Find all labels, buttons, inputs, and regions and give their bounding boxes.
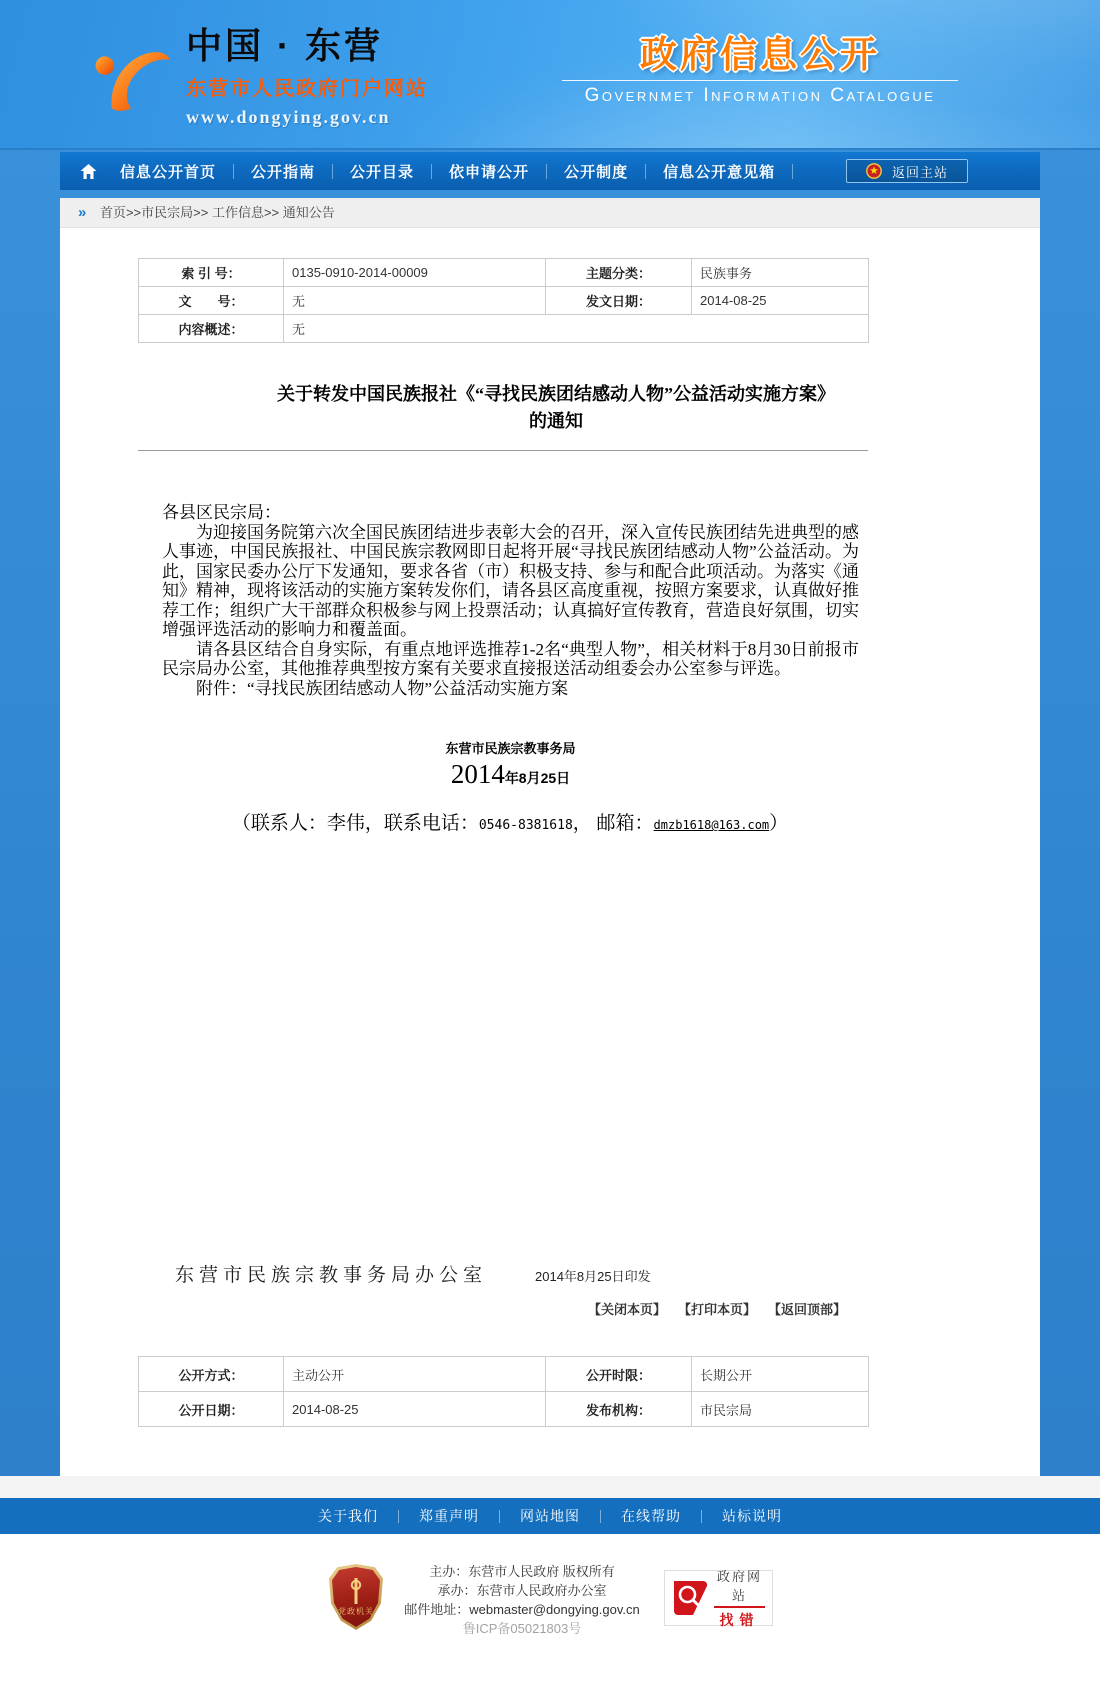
party-gov-badge-inner: 党政机关 <box>332 1567 380 1627</box>
table-row: 索 引 号： 0135-0910-2014-00009 主题分类： 民族事务 <box>139 259 869 287</box>
pub-method-value: 主动公开 <box>284 1357 546 1392</box>
footer-nav: 关于我们 郑重声明 网站地图 在线帮助 站标说明 <box>0 1498 1100 1534</box>
pub-org-label: 发布机构： <box>546 1392 692 1427</box>
table-row: 内容概述： 无 <box>139 315 869 343</box>
signature-organization: 东营市民族宗教事务局 <box>162 738 859 757</box>
back-to-top-button[interactable]: 【返回顶部】 <box>768 1299 846 1318</box>
site-banner: 中国 · 东营 东营市人民政府门户网站 www.dongying.gov.cn … <box>0 0 1100 150</box>
footer-link-logo-info[interactable]: 站标说明 <box>702 1506 802 1526</box>
home-icon <box>80 164 97 179</box>
title-divider <box>138 450 868 451</box>
footer-link-sitemap[interactable]: 网站地图 <box>500 1506 600 1526</box>
footer-region: 关于我们 郑重声明 网站地图 在线帮助 站标说明 党政机关 主办： <box>0 1476 1100 1707</box>
footer-link-help[interactable]: 在线帮助 <box>601 1506 701 1526</box>
meta-topic-value: 民族事务 <box>692 259 869 287</box>
party-gov-badge[interactable]: 党政机关 <box>329 1564 383 1630</box>
page-actions: 【关闭本页】 【打印本页】 【返回顶部】 <box>588 1299 846 1318</box>
meta-summary-value: 无 <box>284 315 869 343</box>
breadcrumb: » 首页>>市民宗局>> 工作信息>> 通知公告 <box>60 198 1040 228</box>
document-meta-table: 索 引 号： 0135-0910-2014-00009 主题分类： 民族事务 文… <box>138 258 869 343</box>
site-subtitle: 东营市人民政府门户网站 <box>186 72 428 101</box>
meta-index-label: 索 引 号： <box>139 259 284 287</box>
return-main-site-button[interactable]: 返回主站 <box>846 159 968 183</box>
content-area: » 首页>>市民宗局>> 工作信息>> 通知公告 索 引 号： 0135-091… <box>60 198 1040 1484</box>
section-banner: 政府信息公开 Governmet Information Catalogue <box>562 34 958 107</box>
attachment-line: 附件：“寻找民族团结感动人物”公益活动实施方案 <box>162 679 859 699</box>
party-gov-badge-label: 党政机关 <box>338 1606 374 1617</box>
table-row: 文 号： 无 发文日期： 2014-08-25 <box>139 287 869 315</box>
footer-icp-line: 鲁ICP备05021803号 <box>401 1619 643 1638</box>
signature-date: 2014年8月25日 <box>162 759 859 790</box>
party-gov-emblem-icon <box>348 1578 364 1604</box>
print-page-button[interactable]: 【打印本页】 <box>678 1299 756 1318</box>
error-badge-top-label: 政府网站 <box>714 1566 765 1608</box>
footer-email-line: 邮件地址：webmaster@dongying.gov.cn <box>401 1600 643 1619</box>
site-identity: 中国 · 东营 东营市人民政府门户网站 www.dongying.gov.cn <box>186 26 428 128</box>
home-button[interactable] <box>74 164 103 179</box>
breadcrumb-arrows-icon: » <box>78 204 86 221</box>
gov-site-error-report-badge[interactable]: 政府网站 找错 <box>664 1570 773 1626</box>
close-page-button[interactable]: 【关闭本页】 <box>588 1299 666 1318</box>
nav-separator <box>792 164 793 179</box>
section-subtitle-en: Governmet Information Catalogue <box>562 85 958 107</box>
footer-info: 党政机关 主办：东营市人民政府 版权所有 承办：东营市人民政府办公室 邮件地址：… <box>0 1534 1100 1707</box>
document-title-line1: 关于转发中国民族报社《“寻找民族团结感动人物”公益活动实施方案》 <box>162 381 950 408</box>
nav-item-guide[interactable]: 公开指南 <box>234 161 332 182</box>
contact-text-open: （联系人：李伟，联系电话： <box>232 813 479 834</box>
error-badge-bottom-label: 找错 <box>714 1610 765 1630</box>
return-main-site-label: 返回主站 <box>892 162 948 181</box>
main-column: 信息公开首页 公开指南 公开目录 依申请公开 公开制度 信息公开意见箱 返回主站 <box>60 152 1040 1484</box>
site-logo[interactable]: 中国 · 东营 东营市人民政府门户网站 www.dongying.gov.cn <box>88 26 428 128</box>
paragraph-2: 请各县区结合自身实际，有重点地评选推荐1-2名“典型人物”，相关材料于8月30日… <box>162 640 859 679</box>
print-date: 2014年8月25日印发 <box>535 1266 651 1285</box>
banner-divider <box>562 80 958 81</box>
pub-term-value: 长期公开 <box>692 1357 869 1392</box>
meta-docno-value: 无 <box>284 287 546 315</box>
pub-org-value: 市民宗局 <box>692 1392 869 1427</box>
signature-year: 2014 <box>451 759 505 789</box>
footer-gray-strip <box>0 1476 1100 1498</box>
issue-row: 东营市民族宗教事务局办公室 2014年8月25日印发 <box>175 1260 651 1287</box>
contact-email-link[interactable]: dmzb1618@163.com <box>654 818 770 832</box>
top-navbar: 信息公开首页 公开指南 公开目录 依申请公开 公开制度 信息公开意见箱 返回主站 <box>60 152 1040 190</box>
paragraph-1: 为迎接国务院第六次全国民族团结进步表彰大会的召开，深入宣传民族团结先进典型的感人… <box>162 523 859 640</box>
contact-text-mid: ， 邮箱： <box>573 813 654 834</box>
footer-organizer-line: 承办：东营市人民政府办公室 <box>401 1581 643 1600</box>
contact-phone: 0546-8381618 <box>479 818 573 833</box>
pub-date-value: 2014-08-25 <box>284 1392 546 1427</box>
meta-date-value: 2014-08-25 <box>692 287 869 315</box>
page: 中国 · 东营 东营市人民政府门户网站 www.dongying.gov.cn … <box>0 0 1100 1707</box>
footer-host-line: 主办：东营市人民政府 版权所有 <box>401 1562 643 1581</box>
meta-summary-label: 内容概述： <box>139 315 284 343</box>
footer-link-statement[interactable]: 郑重声明 <box>399 1506 499 1526</box>
contact-text-close: ） <box>769 813 788 834</box>
footer-text-block: 主办：东营市人民政府 版权所有 承办：东营市人民政府办公室 邮件地址：webma… <box>401 1562 643 1638</box>
nav-item-catalog[interactable]: 公开目录 <box>333 161 431 182</box>
pub-term-label: 公开时限： <box>546 1357 692 1392</box>
contact-line: （联系人：李伟，联系电话：0546-8381618， 邮箱：dmzb1618@1… <box>120 808 900 835</box>
magnifier-icon <box>672 1580 708 1616</box>
document-title-line2: 的通知 <box>162 408 950 435</box>
breadcrumb-path[interactable]: 首页>>市民宗局>> 工作信息>> 通知公告 <box>100 205 335 220</box>
document-title: 关于转发中国民族报社《“寻找民族团结感动人物”公益活动实施方案》 的通知 <box>162 381 950 435</box>
publication-info-table: 公开方式： 主动公开 公开时限： 长期公开 公开日期： 2014-08-25 发… <box>138 1356 869 1427</box>
table-row: 公开方式： 主动公开 公开时限： 长期公开 <box>139 1357 869 1392</box>
footer-link-about[interactable]: 关于我们 <box>298 1506 398 1526</box>
issuing-office: 东营市民族宗教事务局办公室 <box>175 1260 487 1287</box>
signature-date-rest: 年8月25日 <box>505 770 570 786</box>
meta-topic-label: 主题分类： <box>546 259 692 287</box>
nav-item-system[interactable]: 公开制度 <box>547 161 645 182</box>
meta-index-value: 0135-0910-2014-00009 <box>284 259 546 287</box>
table-row: 公开日期： 2014-08-25 发布机构： 市民宗局 <box>139 1392 869 1427</box>
pub-method-label: 公开方式： <box>139 1357 284 1392</box>
pub-date-label: 公开日期： <box>139 1392 284 1427</box>
salutation: 各县区民宗局： <box>162 503 859 523</box>
site-url: www.dongying.gov.cn <box>186 107 428 128</box>
nav-item-home[interactable]: 信息公开首页 <box>103 161 233 182</box>
meta-date-label: 发文日期： <box>546 287 692 315</box>
section-title: 政府信息公开 <box>562 34 958 76</box>
site-name: 中国 · 东营 <box>186 26 428 66</box>
meta-docno-label: 文 号： <box>139 287 284 315</box>
national-emblem-icon <box>866 163 882 179</box>
error-badge-texts: 政府网站 找错 <box>714 1566 765 1630</box>
document-body: 各县区民宗局： 为迎接国务院第六次全国民族团结进步表彰大会的召开，深入宣传民族团… <box>162 503 859 698</box>
swoosh-logo-icon <box>88 26 172 122</box>
nav-item-mailbox[interactable]: 信息公开意见箱 <box>646 161 792 182</box>
nav-item-apply[interactable]: 依申请公开 <box>432 161 546 182</box>
